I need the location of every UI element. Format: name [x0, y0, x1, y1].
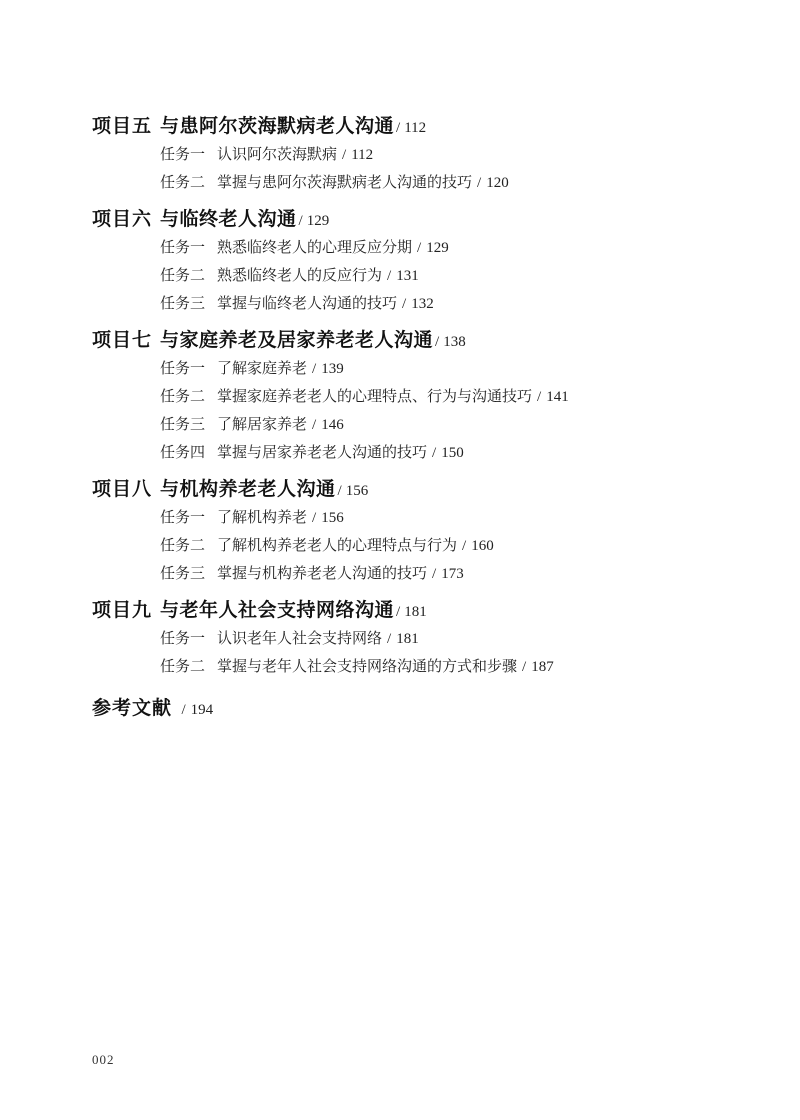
slash-separator: / — [435, 334, 439, 350]
slash-separator: / — [312, 417, 316, 433]
section-tasks: 任务一了解家庭养老/139 任务二掌握家庭养老老人的心理特点、行为与沟通技巧/1… — [160, 355, 740, 467]
task-page: /139 — [307, 361, 344, 377]
task-title: 掌握与机构养老老人沟通的技巧 — [217, 565, 427, 582]
section-title: 与患阿尔茨海默病老人沟通 — [160, 116, 394, 137]
slash-separator: / — [312, 361, 316, 377]
task-entry: 任务三掌握与临终老人沟通的技巧/132 — [160, 290, 740, 318]
task-title: 掌握与居家养老老人沟通的技巧 — [217, 444, 427, 461]
task-title: 认识老年人社会支持网络 — [217, 630, 382, 647]
slash-separator: / — [396, 604, 400, 620]
section-label: 项目八 — [92, 477, 160, 503]
task-label: 任务一 — [160, 625, 217, 653]
toc-page: 项目五与患阿尔茨海默病老人沟通/112 任务一认识阿尔茨海默病/112 任务二掌… — [0, 0, 800, 1120]
toc-sections: 项目五与患阿尔茨海默病老人沟通/112 任务一认识阿尔茨海默病/112 任务二掌… — [92, 114, 740, 681]
section-page: /112 — [394, 120, 426, 136]
task-entry: 任务二了解机构养老老人的心理特点与行为/160 — [160, 532, 740, 560]
task-entry: 任务一了解家庭养老/139 — [160, 355, 740, 383]
task-page-number: 173 — [441, 566, 464, 582]
toc-section: 项目六与临终老人沟通/129 任务一熟悉临终老人的心理反应分期/129 任务二熟… — [92, 207, 740, 318]
section-label: 项目五 — [92, 114, 160, 140]
task-page: /173 — [427, 566, 464, 582]
section-title: 与机构养老老人沟通 — [160, 479, 336, 500]
slash-separator: / — [417, 240, 421, 256]
task-page-number: 150 — [441, 445, 464, 461]
slash-separator: / — [537, 389, 541, 405]
task-entry: 任务三了解居家养老/146 — [160, 411, 740, 439]
task-label: 任务三 — [160, 560, 217, 588]
task-title: 掌握家庭养老老人的心理特点、行为与沟通技巧 — [217, 388, 532, 405]
section-page: /129 — [297, 213, 330, 229]
section-heading: 项目八与机构养老老人沟通/156 — [92, 477, 740, 504]
section-title: 与临终老人沟通 — [160, 209, 297, 230]
task-page-number: 141 — [546, 389, 569, 405]
task-page: /160 — [457, 538, 494, 554]
task-entry: 任务一认识老年人社会支持网络/181 — [160, 625, 740, 653]
toc-content: 项目五与患阿尔茨海默病老人沟通/112 任务一认识阿尔茨海默病/112 任务二掌… — [92, 114, 740, 723]
task-label: 任务二 — [160, 169, 217, 197]
task-page: /120 — [472, 175, 509, 191]
section-tasks: 任务一认识老年人社会支持网络/181 任务二掌握与老年人社会支持网络沟通的方式和… — [160, 625, 740, 681]
task-page-number: 131 — [396, 268, 419, 284]
task-page: /129 — [412, 240, 449, 256]
task-label: 任务二 — [160, 653, 217, 681]
task-page: /132 — [397, 296, 434, 312]
slash-separator: / — [387, 268, 391, 284]
section-tasks: 任务一了解机构养老/156 任务二了解机构养老老人的心理特点与行为/160 任务… — [160, 504, 740, 588]
task-page-number: 160 — [471, 538, 494, 554]
section-page-number: 129 — [307, 213, 330, 229]
task-title: 掌握与临终老人沟通的技巧 — [217, 295, 397, 312]
task-entry: 任务三掌握与机构养老老人沟通的技巧/173 — [160, 560, 740, 588]
references-title: 参考文献 — [92, 698, 172, 719]
section-tasks: 任务一熟悉临终老人的心理反应分期/129 任务二熟悉临终老人的反应行为/131 … — [160, 234, 740, 318]
task-label: 任务四 — [160, 439, 217, 467]
slash-separator: / — [299, 213, 303, 229]
slash-separator: / — [342, 147, 346, 163]
task-title: 熟悉临终老人的反应行为 — [217, 267, 382, 284]
task-title: 熟悉临终老人的心理反应分期 — [217, 239, 412, 256]
section-label: 项目九 — [92, 598, 160, 624]
slash-separator: / — [432, 445, 436, 461]
task-page: /187 — [517, 659, 554, 675]
task-page: /156 — [307, 510, 344, 526]
task-page-number: 129 — [426, 240, 449, 256]
task-label: 任务一 — [160, 504, 217, 532]
section-title: 与家庭养老及居家养老老人沟通 — [160, 330, 433, 351]
task-page-number: 181 — [396, 631, 419, 647]
section-heading: 项目五与患阿尔茨海默病老人沟通/112 — [92, 114, 740, 141]
task-label: 任务一 — [160, 141, 217, 169]
section-label: 项目七 — [92, 328, 160, 354]
task-entry: 任务二掌握家庭养老老人的心理特点、行为与沟通技巧/141 — [160, 383, 740, 411]
task-title: 了解家庭养老 — [217, 360, 307, 377]
task-entry: 任务四掌握与居家养老老人沟通的技巧/150 — [160, 439, 740, 467]
task-page: /146 — [307, 417, 344, 433]
slash-separator: / — [522, 659, 526, 675]
task-label: 任务三 — [160, 290, 217, 318]
section-page-number: 138 — [443, 334, 466, 350]
task-page-number: 132 — [411, 296, 434, 312]
task-label: 任务三 — [160, 411, 217, 439]
toc-section: 项目九与老年人社会支持网络沟通/181 任务一认识老年人社会支持网络/181 任… — [92, 598, 740, 681]
task-entry: 任务一熟悉临终老人的心理反应分期/129 — [160, 234, 740, 262]
task-title: 了解居家养老 — [217, 416, 307, 433]
section-heading: 项目九与老年人社会支持网络沟通/181 — [92, 598, 740, 625]
task-entry: 任务一认识阿尔茨海默病/112 — [160, 141, 740, 169]
toc-section: 项目五与患阿尔茨海默病老人沟通/112 任务一认识阿尔茨海默病/112 任务二掌… — [92, 114, 740, 197]
task-title: 了解机构养老 — [217, 509, 307, 526]
task-label: 任务二 — [160, 532, 217, 560]
page-footer: 002 — [92, 1052, 115, 1068]
task-page-number: 139 — [321, 361, 344, 377]
task-page: /150 — [427, 445, 464, 461]
section-heading: 项目七与家庭养老及居家养老老人沟通/138 — [92, 328, 740, 355]
slash-separator: / — [477, 175, 481, 191]
section-page: /138 — [433, 334, 466, 350]
task-label: 任务一 — [160, 234, 217, 262]
task-title: 认识阿尔茨海默病 — [217, 146, 337, 163]
task-label: 任务一 — [160, 355, 217, 383]
toc-section: 项目八与机构养老老人沟通/156 任务一了解机构养老/156 任务二了解机构养老… — [92, 477, 740, 588]
section-heading: 项目六与临终老人沟通/129 — [92, 207, 740, 234]
slash-separator: / — [432, 566, 436, 582]
task-page-number: 112 — [351, 147, 373, 163]
slash-separator: / — [338, 483, 342, 499]
section-tasks: 任务一认识阿尔茨海默病/112 任务二掌握与患阿尔茨海默病老人沟通的技巧/120 — [160, 141, 740, 197]
task-title: 掌握与老年人社会支持网络沟通的方式和步骤 — [217, 658, 517, 675]
task-entry: 任务一了解机构养老/156 — [160, 504, 740, 532]
section-page-number: 181 — [404, 604, 427, 620]
slash-separator: / — [462, 538, 466, 554]
task-label: 任务二 — [160, 383, 217, 411]
section-label: 项目六 — [92, 207, 160, 233]
references-page-number: 194 — [191, 702, 214, 718]
task-page: /181 — [382, 631, 419, 647]
task-title: 掌握与患阿尔茨海默病老人沟通的技巧 — [217, 174, 472, 191]
slash-separator: / — [402, 296, 406, 312]
task-page-number: 120 — [486, 175, 509, 191]
slash-separator: / — [312, 510, 316, 526]
page-number: 002 — [92, 1052, 115, 1067]
section-page-number: 112 — [404, 120, 426, 136]
task-page-number: 187 — [531, 659, 554, 675]
task-entry: 任务二掌握与老年人社会支持网络沟通的方式和步骤/187 — [160, 653, 740, 681]
task-page-number: 146 — [321, 417, 344, 433]
section-page: /181 — [394, 604, 427, 620]
section-title: 与老年人社会支持网络沟通 — [160, 600, 394, 621]
task-page: /112 — [337, 147, 373, 163]
slash-separator: / — [181, 702, 185, 718]
slash-separator: / — [396, 120, 400, 136]
references-entry: 参考文献 /194 — [92, 696, 740, 723]
toc-section: 项目七与家庭养老及居家养老老人沟通/138 任务一了解家庭养老/139 任务二掌… — [92, 328, 740, 467]
section-page: /156 — [336, 483, 369, 499]
task-page-number: 156 — [321, 510, 344, 526]
task-title: 了解机构养老老人的心理特点与行为 — [217, 537, 457, 554]
task-page: /131 — [382, 268, 419, 284]
references-page: /194 — [176, 702, 213, 718]
task-entry: 任务二掌握与患阿尔茨海默病老人沟通的技巧/120 — [160, 169, 740, 197]
task-entry: 任务二熟悉临终老人的反应行为/131 — [160, 262, 740, 290]
task-label: 任务二 — [160, 262, 217, 290]
slash-separator: / — [387, 631, 391, 647]
task-page: /141 — [532, 389, 569, 405]
section-page-number: 156 — [346, 483, 369, 499]
